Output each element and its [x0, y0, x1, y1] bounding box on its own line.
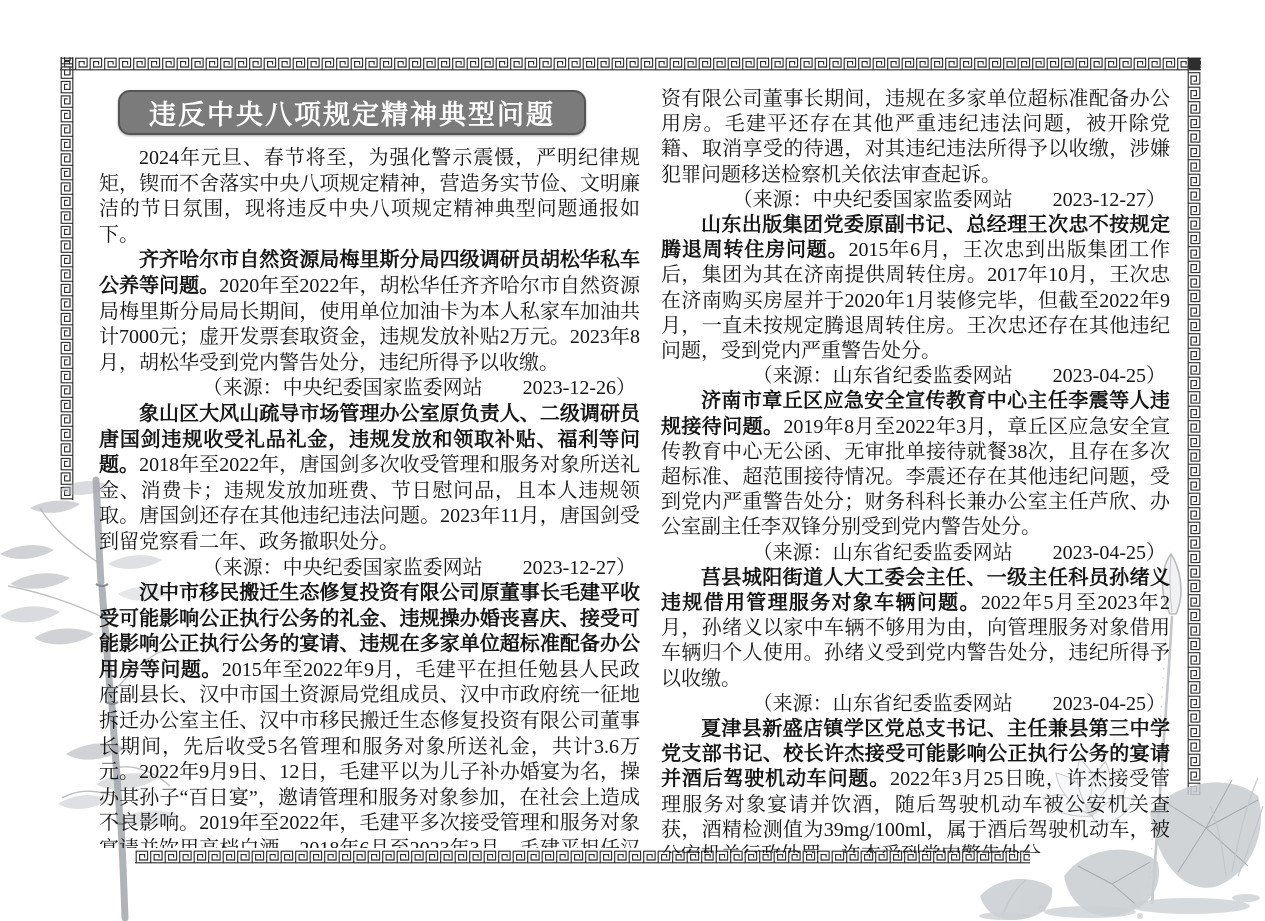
page-title: 违反中央八项规定精神典型问题	[149, 93, 555, 132]
case-source-1: （来源：中央纪委国家监委网站 2023-12-26）	[99, 376, 640, 402]
case-paragraph-1: 齐齐哈尔市自然资源局梅里斯分局四级调研员胡松华私车公养等问题。2020年至202…	[99, 248, 640, 376]
left-column: 2024年元旦、春节将至，为强化警示震慑，严明纪律规矩，锲而不舍落实中央八项规定…	[99, 146, 640, 848]
case-paragraph-7: 夏津县新盛店镇学区党总支书记、主任兼县第三中学党支部书记、校长许杰接受可能影响公…	[661, 717, 1170, 853]
case-body-2: 2018年至2022年，唐国剑多次收受管理和服务对象所送礼金、消费卡；违规发放加…	[99, 454, 640, 553]
case-body-3: 2015年至2022年9月，毛建平在担任勉县人民政府副县长、汉中市国土资源局党组…	[99, 659, 640, 848]
right-column: 资有限公司董事长期间，违规在多家单位超标准配备办公用房。毛建平还存在其他严重违纪…	[661, 87, 1170, 853]
case-paragraph-3: 汉中市移民搬迁生态修复投资有限公司原董事长毛建平收受可能影响公正执行公务的礼金、…	[99, 581, 640, 848]
intro-paragraph: 2024年元旦、春节将至，为强化警示震慑，严明纪律规矩，锲而不舍落实中央八项规定…	[99, 146, 640, 248]
case-source-4: （来源：山东省纪委监委网站 2023-04-25）	[661, 364, 1170, 389]
case-paragraph-4: 山东出版集团党委原副书记、总经理王次忠不按规定腾退周转住房问题。2015年6月，…	[661, 213, 1170, 364]
case-source-6: （来源：山东省纪委监委网站 2023-04-25）	[661, 692, 1170, 717]
title-banner: 违反中央八项规定精神典型问题	[118, 90, 586, 135]
case-source-3: （来源：中央纪委国家监委网站 2023-12-27）	[661, 188, 1170, 213]
case-paragraph-2: 象山区大风山疏导市场管理办公室原负责人、二级调研员唐国剑违规收受礼品礼金，违规发…	[99, 402, 640, 556]
document-page: 违反中央八项规定精神典型问题 2024年元旦、春节将至，为强化警示震慑，严明纪律…	[0, 0, 1265, 921]
case-body-3-continued: 资有限公司董事长期间，违规在多家单位超标准配备办公用房。毛建平还存在其他严重违纪…	[661, 88, 1170, 186]
case-source-5: （来源：山东省纪委监委网站 2023-04-25）	[661, 541, 1170, 566]
case-source-2: （来源：中央纪委国家监委网站 2023-12-27）	[99, 556, 640, 582]
case-paragraph-6: 莒县城阳街道人大工委会主任、一级主任科员孙绪义违规借用管理服务对象车辆问题。20…	[661, 566, 1170, 692]
case-paragraph-5: 济南市章丘区应急安全宣传教育中心主任李震等人违规接待问题。2019年8月至202…	[661, 389, 1170, 540]
case-paragraph-3-continued: 资有限公司董事长期间，违规在多家单位超标准配备办公用房。毛建平还存在其他严重违纪…	[661, 87, 1170, 188]
